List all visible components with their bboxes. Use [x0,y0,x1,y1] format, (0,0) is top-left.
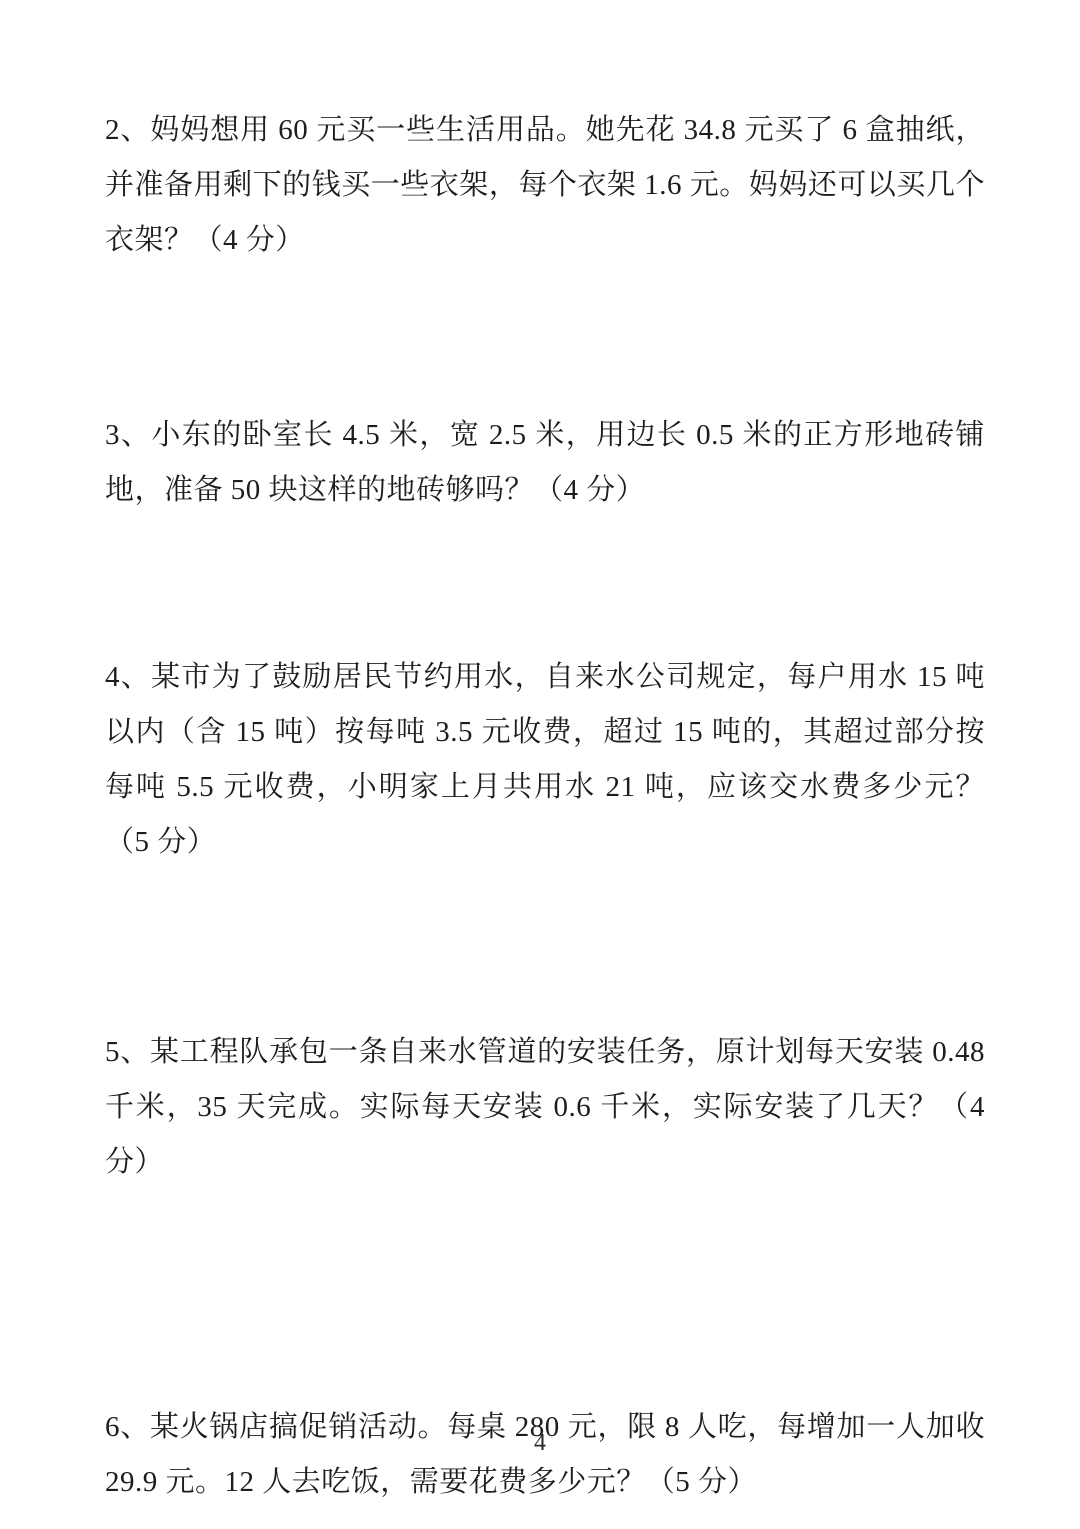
question-3: 3、小东的卧室长 4.5 米，宽 2.5 米，用边长 0.5 米的正方形地砖铺地… [105,408,985,518]
question-2: 2、妈妈想用 60 元买一些生活用品。她先花 34.8 元买了 6 盒抽纸，并准… [105,103,985,268]
question-4: 4、某市为了鼓励居民节约用水，自来水公司规定，每户用水 15 吨以内（含 15 … [105,650,985,870]
page-number: 4 [0,1430,1080,1457]
worksheet-page: 2、妈妈想用 60 元买一些生活用品。她先花 34.8 元买了 6 盒抽纸，并准… [0,0,1080,1529]
question-5: 5、某工程队承包一条自来水管道的安装任务，原计划每天安装 0.48 千米，35 … [105,1025,985,1190]
